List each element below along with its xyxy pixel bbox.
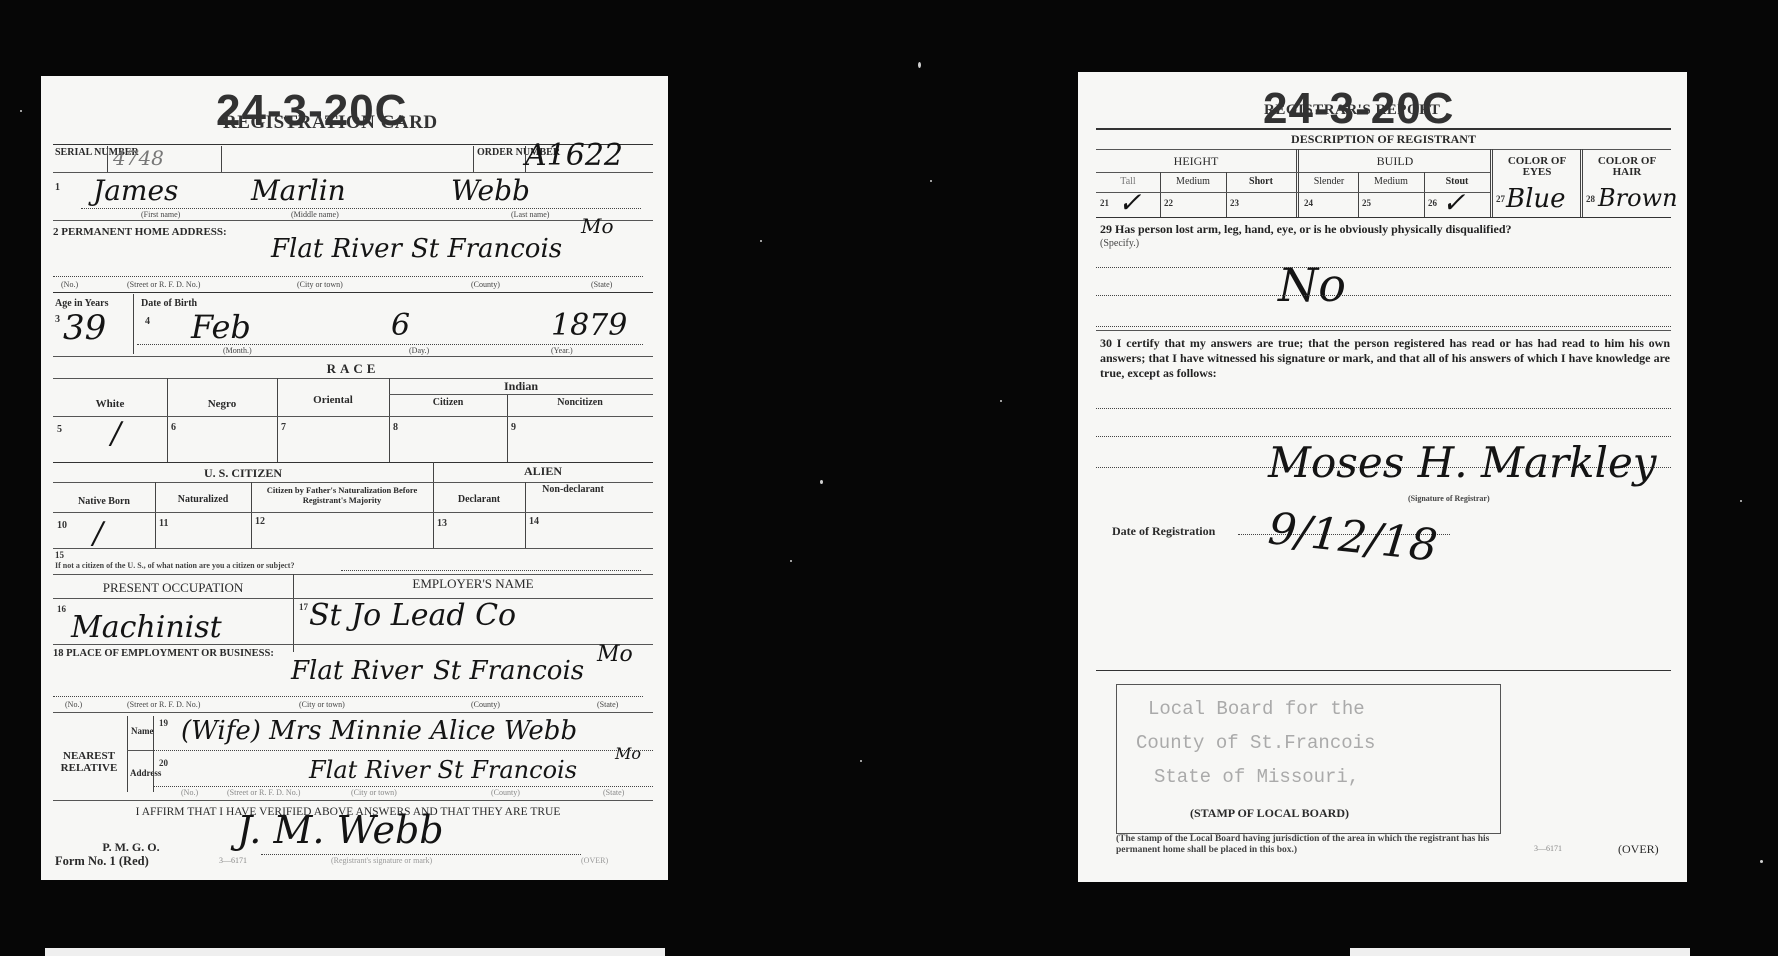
over-label: (OVER): [1618, 842, 1659, 857]
card-title: REGISTRATION CARD: [223, 112, 438, 134]
registration-card-front: 24-3-20C REGISTRATION CARD SERIAL NUMBER…: [41, 76, 668, 880]
relative-name: (Wife) Mrs Minnie Alice Webb: [181, 716, 577, 746]
birth-year: 1879: [551, 308, 627, 343]
card-title: REGISTRAR'S REPORT: [1264, 102, 1440, 119]
form-number: Form No. 1 (Red): [55, 854, 149, 869]
stamp-caption: (STAMP OF LOCAL BOARD): [1190, 806, 1349, 821]
film-speck: [860, 760, 862, 762]
film-speck: [1760, 860, 1763, 863]
home-address-label: 2 PERMANENT HOME ADDRESS:: [53, 226, 227, 238]
film-speck: [820, 480, 823, 484]
description-heading: DESCRIPTION OF REGISTRANT: [1096, 132, 1671, 147]
eye-color: Blue: [1506, 184, 1566, 214]
hair-color: Brown: [1598, 184, 1678, 212]
birth-day: 6: [391, 308, 410, 343]
registrar-signature: Moses H. Markley: [1268, 438, 1657, 487]
film-speck: [760, 240, 762, 242]
relative-address: Flat River St Francois: [309, 756, 577, 784]
relative-state: Mo: [615, 744, 641, 763]
serial-number: 4748: [113, 146, 164, 170]
race-white-mark: /: [111, 416, 121, 451]
build-stout-check: ✓: [1442, 186, 1465, 219]
last-name: Webb: [451, 174, 530, 207]
q29-text: 29 Has person lost arm, leg, hand, eye, …: [1100, 222, 1675, 237]
order-number: A1622: [525, 138, 623, 173]
registrant-signature: J. M. Webb: [237, 808, 444, 852]
next-card-edge: [45, 948, 665, 956]
race-heading: RACE: [53, 361, 653, 377]
employment-state: Mo: [597, 642, 633, 667]
native-born-mark: /: [93, 516, 103, 551]
employment-county: St Francois: [433, 656, 584, 686]
date-label: Date of Registration: [1112, 524, 1215, 539]
film-speck: [918, 62, 921, 68]
serial-label: SERIAL NUMBER: [55, 148, 105, 158]
first-name: James: [93, 174, 178, 207]
film-speck: [1740, 500, 1742, 502]
film-speck: [930, 180, 932, 182]
registration-date: 9/12/18: [1266, 503, 1440, 571]
employer-value: St Jo Lead Co: [309, 598, 516, 633]
home-county: St Francois: [411, 234, 562, 264]
height-tall-check: ✓: [1118, 186, 1141, 219]
home-city: Flat River: [271, 234, 402, 264]
next-card-edge: [1350, 948, 1690, 956]
film-speck: [790, 560, 792, 562]
occupation-value: Machinist: [71, 610, 222, 645]
q29-answer: No: [1278, 258, 1346, 312]
birth-month: Feb: [191, 308, 251, 346]
order-label: ORDER NUMBER: [477, 148, 521, 158]
film-speck: [1000, 400, 1002, 402]
nearest-relative-label: NEAREST RELATIVE: [53, 750, 125, 774]
age-value: 39: [63, 308, 106, 348]
employment-city: Flat River: [291, 656, 422, 686]
q30-certification: 30 I certify that my answers are true; t…: [1100, 336, 1670, 381]
middle-name: Marlin: [251, 174, 346, 207]
film-speck: [20, 110, 22, 112]
home-state: Mo: [581, 214, 614, 238]
registration-card-back: 24-3-20C REGISTRAR'S REPORT DESCRIPTION …: [1078, 72, 1687, 882]
